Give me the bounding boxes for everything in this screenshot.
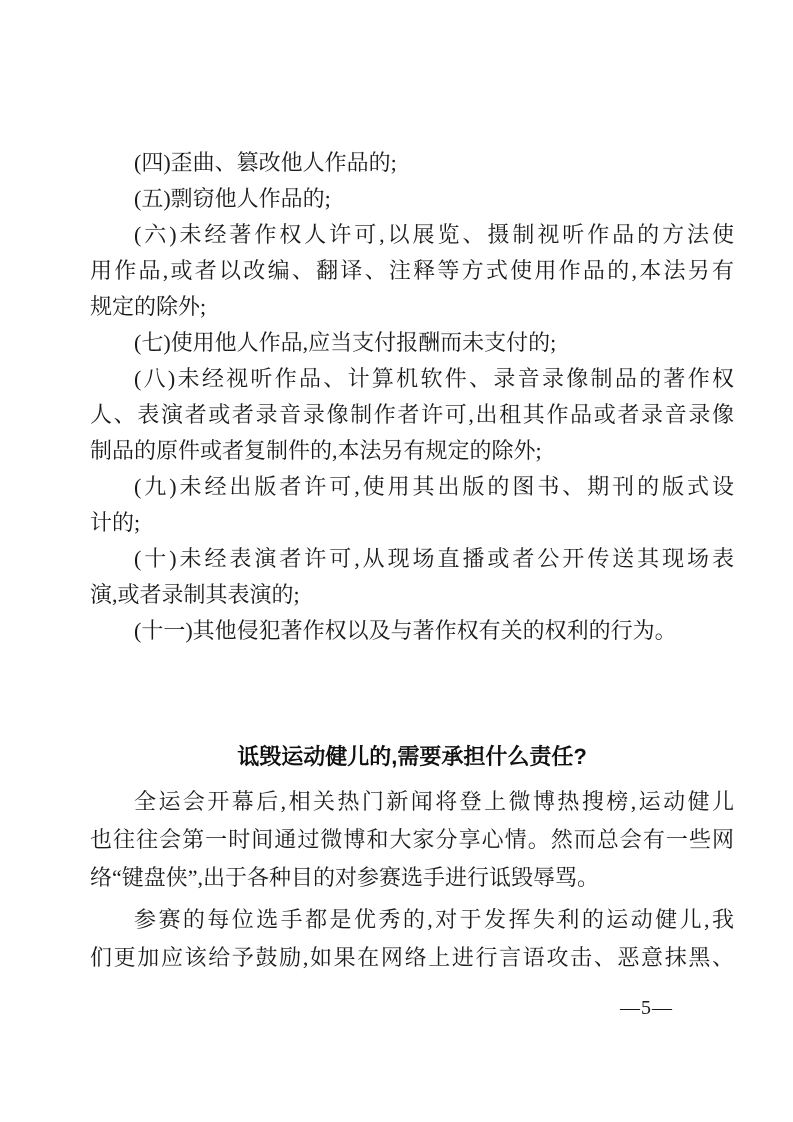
- body-paragraphs: 全运会开幕后,相关热门新闻将登上微博热搜榜,运动健儿也往往会第一时间通过微博和大…: [90, 783, 734, 977]
- numbered-clause: (九)未经出版者许可,使用其出版的图书、期刊的版式设计的;: [90, 469, 734, 541]
- numbered-clause: (六)未经著作权人许可,以展览、摄制视听作品的方法使用作品,或者以改编、翻译、注…: [90, 217, 734, 325]
- text-line: 用作品,或者以改编、翻译、注释等方式使用作品的,本法另有: [90, 253, 734, 289]
- text-line: 也往往会第一时间通过微博和大家分享心情。然而总会有一些网: [90, 821, 734, 859]
- text-line: 参赛的每位选手都是优秀的,对于发挥失利的运动健儿,我: [90, 901, 734, 939]
- page-number: —5—: [620, 997, 673, 1019]
- numbered-clause: (四)歪曲、篡改他人作品的;: [90, 145, 734, 181]
- numbered-clause: (十)未经表演者许可,从现场直播或者公开传送其现场表演,或者录制其表演的;: [90, 541, 734, 613]
- text-line: 络“键盘侠”,出于各种目的对参赛选手进行诋毁辱骂。: [90, 859, 734, 897]
- text-line: (四)歪曲、篡改他人作品的;: [90, 145, 734, 181]
- text-line: 计的;: [90, 505, 734, 541]
- document-page: (四)歪曲、篡改他人作品的;(五)剽窃他人作品的;(六)未经著作权人许可,以展览…: [0, 0, 793, 1122]
- numbered-clause: (五)剽窃他人作品的;: [90, 181, 734, 217]
- text-line: (十一)其他侵犯著作权以及与著作权有关的权利的行为。: [90, 613, 734, 649]
- numbered-clause: (八)未经视听作品、计算机软件、录音录像制品的著作权人、表演者或者录音录像制作者…: [90, 361, 734, 469]
- text-line: 制品的原件或者复制件的,本法另有规定的除外;: [90, 433, 734, 469]
- text-line: (五)剽窃他人作品的;: [90, 181, 734, 217]
- text-line: (八)未经视听作品、计算机软件、录音录像制品的著作权: [90, 361, 734, 397]
- document-body: (四)歪曲、篡改他人作品的;(五)剽窃他人作品的;(六)未经著作权人许可,以展览…: [90, 145, 734, 977]
- numbered-clause: (七)使用他人作品,应当支付报酬而未支付的;: [90, 325, 734, 361]
- text-line: 们更加应该给予鼓励,如果在网络上进行言语攻击、恶意抹黑、: [90, 939, 734, 977]
- text-line: 演,或者录制其表演的;: [90, 577, 734, 613]
- numbered-clauses: (四)歪曲、篡改他人作品的;(五)剽窃他人作品的;(六)未经著作权人许可,以展览…: [90, 145, 734, 649]
- body-paragraph: 参赛的每位选手都是优秀的,对于发挥失利的运动健儿,我们更加应该给予鼓励,如果在网…: [90, 901, 734, 977]
- numbered-clause: (十一)其他侵犯著作权以及与著作权有关的权利的行为。: [90, 613, 734, 649]
- text-line: 人、表演者或者录音录像制作者许可,出租其作品或者录音录像: [90, 397, 734, 433]
- text-line: (六)未经著作权人许可,以展览、摄制视听作品的方法使: [90, 217, 734, 253]
- body-paragraph: 全运会开幕后,相关热门新闻将登上微博热搜榜,运动健儿也往往会第一时间通过微博和大…: [90, 783, 734, 897]
- text-line: (七)使用他人作品,应当支付报酬而未支付的;: [90, 325, 734, 361]
- text-line: 全运会开幕后,相关热门新闻将登上微博热搜榜,运动健儿: [90, 783, 734, 821]
- text-line: (十)未经表演者许可,从现场直播或者公开传送其现场表: [90, 541, 734, 577]
- section-heading: 诋毁运动健儿的,需要承担什么责任?: [90, 739, 734, 775]
- text-line: (九)未经出版者许可,使用其出版的图书、期刊的版式设: [90, 469, 734, 505]
- text-line: 规定的除外;: [90, 289, 734, 325]
